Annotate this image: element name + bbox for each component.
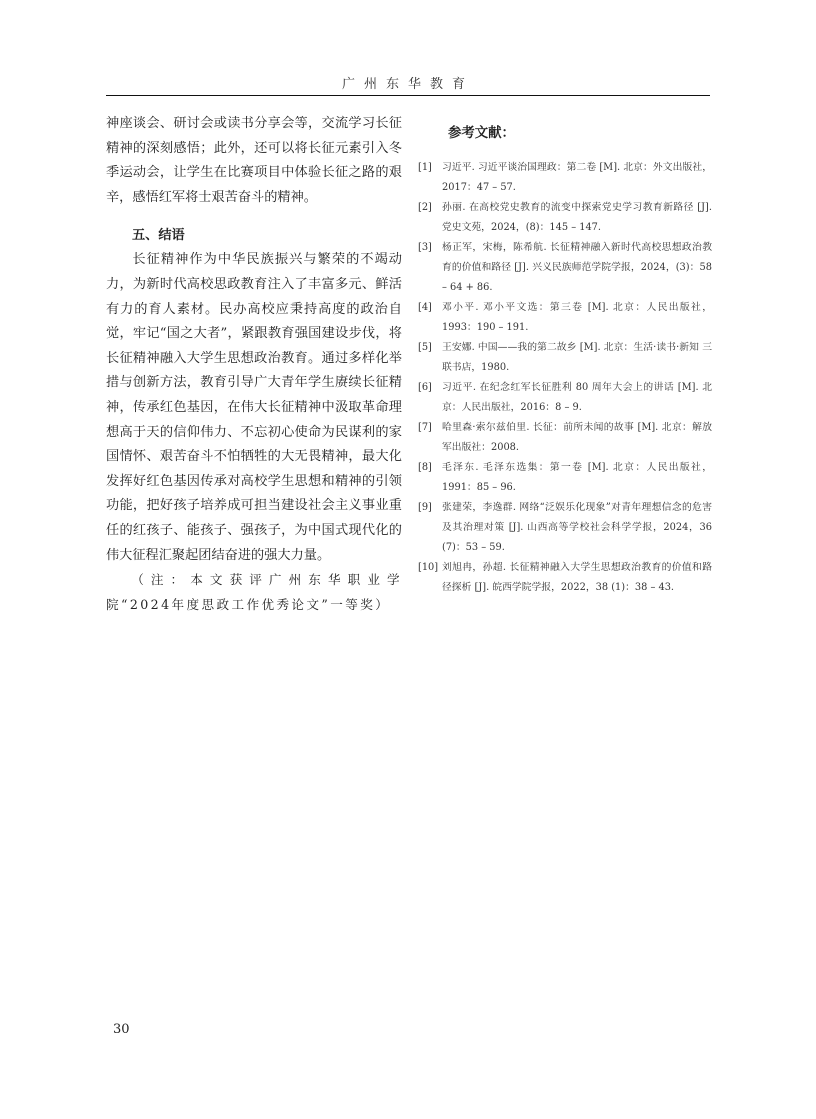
reference-text: 王安娜. 中国——我的第二故乡 [M]. 北京：生活·读书·新知 三联书店，19… xyxy=(442,338,712,378)
reference-text: 张建荣，李逸群. 网络“泛娱乐化现象”对青年理想信念的危害及其治理对策 [J].… xyxy=(442,498,712,558)
reference-text: 习近平. 习近平谈治国理政：第二卷 [M]. 北京：外文出版社，2017：47 … xyxy=(442,158,712,198)
references-heading: 参考文献： xyxy=(418,124,712,144)
journal-header-title: 广州东华教育 xyxy=(0,73,816,92)
award-note: （注：本文获评广州东华职业学院“2024年度思政工作优秀论文”一等奖） xyxy=(106,568,402,617)
reference-text: 毛泽东. 毛泽东选集：第一卷 [M]. 北京：人民出版社，1991：85 – 9… xyxy=(442,458,712,498)
reference-item: [3] 杨正军，宋梅，陈希航. 长征精神融入新时代高校思想政治教育的价值和路径 … xyxy=(418,238,712,298)
reference-number: [9] xyxy=(418,498,442,558)
left-column: 神座谈会、研讨会或读书分享会等，交流学习长征精神的深刻感悟；此外，还可以将长征元… xyxy=(106,112,402,617)
reference-number: [4] xyxy=(418,298,442,338)
reference-item: [2] 孙丽. 在高校党史教育的流变中探索党史学习教育新路径 [J]. 党史文苑… xyxy=(418,198,712,238)
reference-text: 邓小平. 邓小平文选：第三卷 [M]. 北京：人民出版社，1993：190 – … xyxy=(442,298,712,338)
reference-text: 孙丽. 在高校党史教育的流变中探索党史学习教育新路径 [J]. 党史文苑，202… xyxy=(442,198,712,238)
reference-text: 杨正军，宋梅，陈希航. 长征精神融入新时代高校思想政治教育的价值和路径 [J].… xyxy=(442,238,712,298)
reference-item: [7] 哈里森·索尔兹伯里. 长征：前所未闻的故事 [M]. 北京：解放军出版社… xyxy=(418,418,712,458)
conclusion-paragraph: 长征精神作为中华民族振兴与繁荣的不竭动力，为新时代高校思政教育注入了丰富多元、鲜… xyxy=(106,248,402,568)
reference-text: 刘旭冉，孙超. 长征精神融入大学生思想政治教育的价值和路径探析 [J]. 皖西学… xyxy=(442,558,712,598)
reference-number: [3] xyxy=(418,238,442,298)
reference-text: 哈里森·索尔兹伯里. 长征：前所未闻的故事 [M]. 北京：解放军出版社：200… xyxy=(442,418,712,458)
reference-number: [5] xyxy=(418,338,442,378)
reference-number: [1] xyxy=(418,158,442,198)
intro-paragraph: 神座谈会、研讨会或读书分享会等，交流学习长征精神的深刻感悟；此外，还可以将长征元… xyxy=(106,112,402,210)
reference-number: [7] xyxy=(418,418,442,458)
reference-number: [8] xyxy=(418,458,442,498)
references-column: 参考文献： [1] 习近平. 习近平谈治国理政：第二卷 [M]. 北京：外文出版… xyxy=(418,124,712,598)
reference-item: [8] 毛泽东. 毛泽东选集：第一卷 [M]. 北京：人民出版社，1991：85… xyxy=(418,458,712,498)
reference-item: [6] 习近平. 在纪念红军长征胜利 80 周年大会上的讲话 [M]. 北京：人… xyxy=(418,378,712,418)
reference-item: [1] 习近平. 习近平谈治国理政：第二卷 [M]. 北京：外文出版社，2017… xyxy=(418,158,712,198)
reference-number: [6] xyxy=(418,378,442,418)
page-number: 30 xyxy=(113,1022,130,1037)
reference-item: [4] 邓小平. 邓小平文选：第三卷 [M]. 北京：人民出版社，1993：19… xyxy=(418,298,712,338)
reference-item: [10] 刘旭冉，孙超. 长征精神融入大学生思想政治教育的价值和路径探析 [J]… xyxy=(418,558,712,598)
reference-item: [9] 张建荣，李逸群. 网络“泛娱乐化现象”对青年理想信念的危害及其治理对策 … xyxy=(418,498,712,558)
section-heading: 五、结语 xyxy=(106,224,402,248)
reference-item: [5] 王安娜. 中国——我的第二故乡 [M]. 北京：生活·读书·新知 三联书… xyxy=(418,338,712,378)
reference-number: [2] xyxy=(418,198,442,238)
header-rule xyxy=(106,95,710,96)
reference-number: [10] xyxy=(418,558,442,598)
reference-text: 习近平. 在纪念红军长征胜利 80 周年大会上的讲话 [M]. 北京：人民出版社… xyxy=(442,378,712,418)
